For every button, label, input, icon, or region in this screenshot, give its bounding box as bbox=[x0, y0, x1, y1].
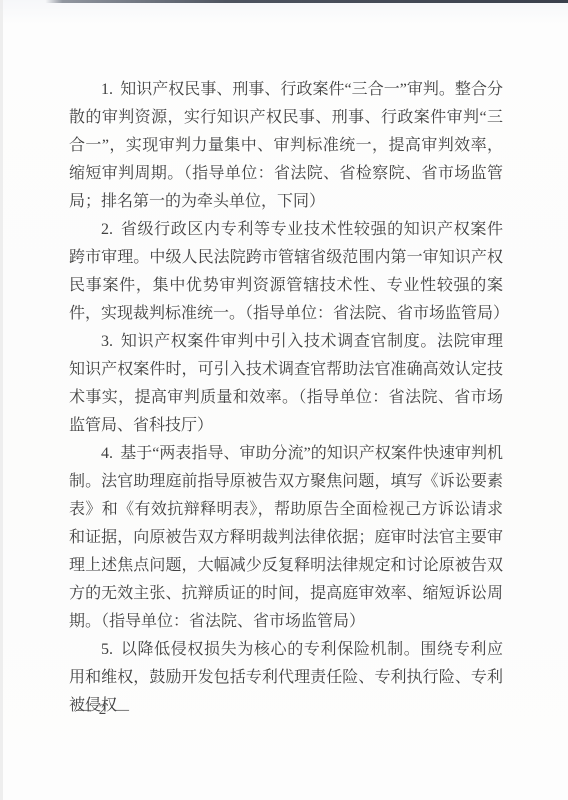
paragraph-number: 4. bbox=[101, 445, 113, 462]
paragraph-text: 知识产权案件审判中引入技术调查官制度。法院审理知识产权案件时，可引入技术调查官帮… bbox=[69, 333, 503, 434]
scan-top-edge-artifact bbox=[0, 0, 568, 3]
page-number: — 2 — bbox=[76, 701, 129, 719]
paragraph-number: 1. bbox=[101, 81, 113, 98]
body-paragraph: 3.知识产权案件审判中引入技术调查官制度。法院审理知识产权案件时，可引入技术调查… bbox=[69, 328, 503, 440]
body-paragraph: 2.省级行政区内专利等专业技术性较强的知识产权案件跨市审理。中级人民法院跨市管辖… bbox=[69, 216, 503, 328]
paragraph-number: 3. bbox=[101, 333, 113, 350]
document-body: 1.知识产权民事、刑事、行政案件“三合一”审判。整合分散的审判资源，实行知识产权… bbox=[69, 76, 503, 720]
paragraph-text: 基于“两表指导、审助分流”的知识产权案件快速审判机制。法官助理庭前指导原被告双方… bbox=[69, 445, 503, 630]
paragraph-text: 知识产权民事、刑事、行政案件“三合一”审判。整合分散的审判资源，实行知识产权民事… bbox=[69, 81, 503, 210]
paragraph-number: 2. bbox=[101, 221, 113, 238]
paragraph-text: 以降低侵权损失为核心的专利保险机制。围绕专利应用和维权，鼓励开发包括专利代理责任… bbox=[69, 641, 503, 714]
body-paragraph: 4.基于“两表指导、审助分流”的知识产权案件快速审判机制。法官助理庭前指导原被告… bbox=[69, 440, 503, 636]
paragraph-text: 省级行政区内专利等专业技术性较强的知识产权案件跨市审理。中级人民法院跨市管辖省级… bbox=[69, 221, 509, 322]
paragraph-number: 5. bbox=[101, 641, 113, 658]
body-paragraph: 5.以降低侵权损失为核心的专利保险机制。围绕专利应用和维权，鼓励开发包括专利代理… bbox=[69, 636, 503, 720]
body-paragraph: 1.知识产权民事、刑事、行政案件“三合一”审判。整合分散的审判资源，实行知识产权… bbox=[69, 76, 503, 216]
scanned-document-page: 1.知识产权民事、刑事、行政案件“三合一”审判。整合分散的审判资源，实行知识产权… bbox=[0, 0, 568, 800]
scan-left-edge-artifact bbox=[0, 0, 3, 800]
